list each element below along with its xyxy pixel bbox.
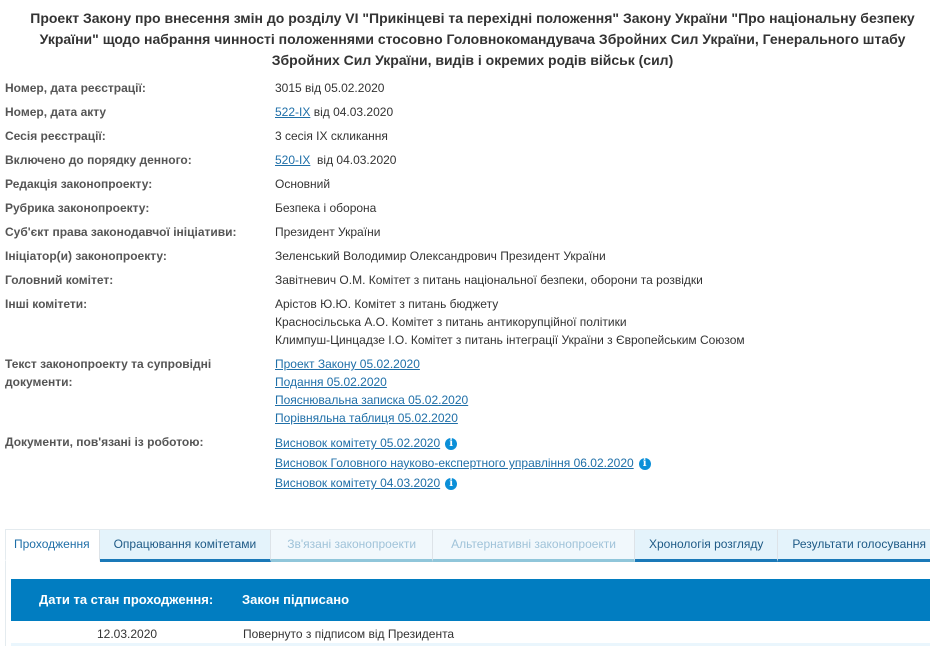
tab-voting-results[interactable]: Результати голосування xyxy=(778,530,930,562)
field-label: Номер, дата акту xyxy=(5,103,260,121)
field-documents: Текст законопроекту та супровідні докуме… xyxy=(0,355,930,433)
field-value: 3015 від 05.02.2020 xyxy=(275,79,930,97)
panel-border xyxy=(5,561,6,646)
related-doc-link[interactable]: Висновок комітету 04.03.2020 xyxy=(275,476,440,490)
tab-related-bills: Зв'язані законопроекти xyxy=(271,530,433,562)
field-edition: Редакція законопроекту: Основний xyxy=(0,175,930,199)
stages-header: Дати та стан проходження: Закон підписан… xyxy=(11,579,930,621)
tab-bar: Проходження Опрацювання комітетами Зв'яз… xyxy=(5,529,930,562)
field-value: Завітневич О.М. Комітет з питань націона… xyxy=(275,271,930,289)
stages-header-label: Дати та стан проходження: xyxy=(39,592,213,607)
field-value: Арістов Ю.Ю. Комітет з питань бюджету Кр… xyxy=(275,295,930,349)
tab-chronology[interactable]: Хронологія розгляду xyxy=(635,530,778,562)
committee-item: Климпуш-Цинцадзе І.О. Комітет з питань і… xyxy=(275,331,930,349)
info-icon[interactable]: i xyxy=(445,438,457,450)
tab-passage[interactable]: Проходження xyxy=(5,530,100,562)
field-value: Проект Закону 05.02.2020 Подання 05.02.2… xyxy=(275,355,930,427)
tab-alternative-bills: Альтернативні законопроекти xyxy=(433,530,635,562)
field-act: Номер, дата акту 522-IX від 04.03.2020 xyxy=(0,103,930,127)
field-value: 3 сесія IX скликання xyxy=(275,127,930,145)
committee-item: Арістов Ю.Ю. Комітет з питань бюджету xyxy=(275,295,930,313)
field-label: Ініціатор(и) законопроекту: xyxy=(5,247,260,265)
field-label: Текст законопроекту та супровідні докуме… xyxy=(5,355,235,391)
document-link[interactable]: Подання 05.02.2020 xyxy=(275,375,387,389)
related-doc-link[interactable]: Висновок Головного науково-експертного у… xyxy=(275,456,634,470)
field-label: Рубрика законопроекту: xyxy=(5,199,260,217)
field-value: Безпека і оборона xyxy=(275,199,930,217)
field-label: Редакція законопроекту: xyxy=(5,175,260,193)
field-value: Президент України xyxy=(275,223,930,241)
field-value: Висновок комітету 05.02.2020i Висновок Г… xyxy=(275,433,930,493)
field-value: 522-IX від 04.03.2020 xyxy=(275,103,930,121)
act-date: від 04.03.2020 xyxy=(310,105,393,119)
stage-date: 12.03.2020 xyxy=(97,627,157,641)
info-icon[interactable]: i xyxy=(639,458,651,470)
field-agenda: Включено до порядку денного: 520-IX від … xyxy=(0,151,930,175)
field-session: Сесія реєстрації: 3 сесія IX скликання xyxy=(0,127,930,151)
field-other-committees: Інші комітети: Арістов Ю.Ю. Комітет з пи… xyxy=(0,295,930,355)
document-link[interactable]: Порівняльна таблиця 05.02.2020 xyxy=(275,411,458,425)
field-subject: Суб'єкт права законодавчої ініціативи: П… xyxy=(0,223,930,247)
field-label: Інші комітети: xyxy=(5,295,260,313)
page-title: Проект Закону про внесення змін до розді… xyxy=(20,8,925,71)
field-label: Суб'єкт права законодавчої ініціативи: xyxy=(5,223,260,241)
field-label: Сесія реєстрації: xyxy=(5,127,260,145)
field-label: Включено до порядку денного: xyxy=(5,151,260,169)
info-icon[interactable]: i xyxy=(445,478,457,490)
document-link[interactable]: Проект Закону 05.02.2020 xyxy=(275,357,420,371)
field-label: Документи, пов'язані із роботою: xyxy=(5,433,260,451)
act-link[interactable]: 522-IX xyxy=(275,105,310,119)
bill-info: Номер, дата реєстрації: 3015 від 05.02.2… xyxy=(0,79,930,493)
field-label: Головний комітет: xyxy=(5,271,260,289)
agenda-link[interactable]: 520-IX xyxy=(275,153,310,167)
stage-status: Повернуто з підписом від Президента xyxy=(243,627,454,641)
document-link[interactable]: Пояснювальна записка 05.02.2020 xyxy=(275,393,468,407)
committee-item: Красносільська А.О. Комітет з питань ант… xyxy=(275,313,930,331)
stages-header-status: Закон підписано xyxy=(242,592,349,607)
field-value: 520-IX від 04.03.2020 xyxy=(275,151,930,169)
agenda-date: від 04.03.2020 xyxy=(310,153,396,167)
stage-row: 12.03.2020 Повернуто з підписом від През… xyxy=(11,621,930,645)
field-initiator: Ініціатор(и) законопроекту: Зеленський В… xyxy=(0,247,930,271)
field-label: Номер, дата реєстрації: xyxy=(5,79,260,97)
field-value: Основний xyxy=(275,175,930,193)
field-main-committee: Головний комітет: Завітневич О.М. Коміте… xyxy=(0,271,930,295)
field-value: Зеленський Володимир Олександрович Прези… xyxy=(275,247,930,265)
field-related-docs: Документи, пов'язані із роботою: Висново… xyxy=(0,433,930,493)
field-rubric: Рубрика законопроекту: Безпека і оборона xyxy=(0,199,930,223)
related-doc-link[interactable]: Висновок комітету 05.02.2020 xyxy=(275,436,440,450)
tab-committee-processing[interactable]: Опрацювання комітетами xyxy=(100,530,272,562)
field-registration: Номер, дата реєстрації: 3015 від 05.02.2… xyxy=(0,79,930,103)
